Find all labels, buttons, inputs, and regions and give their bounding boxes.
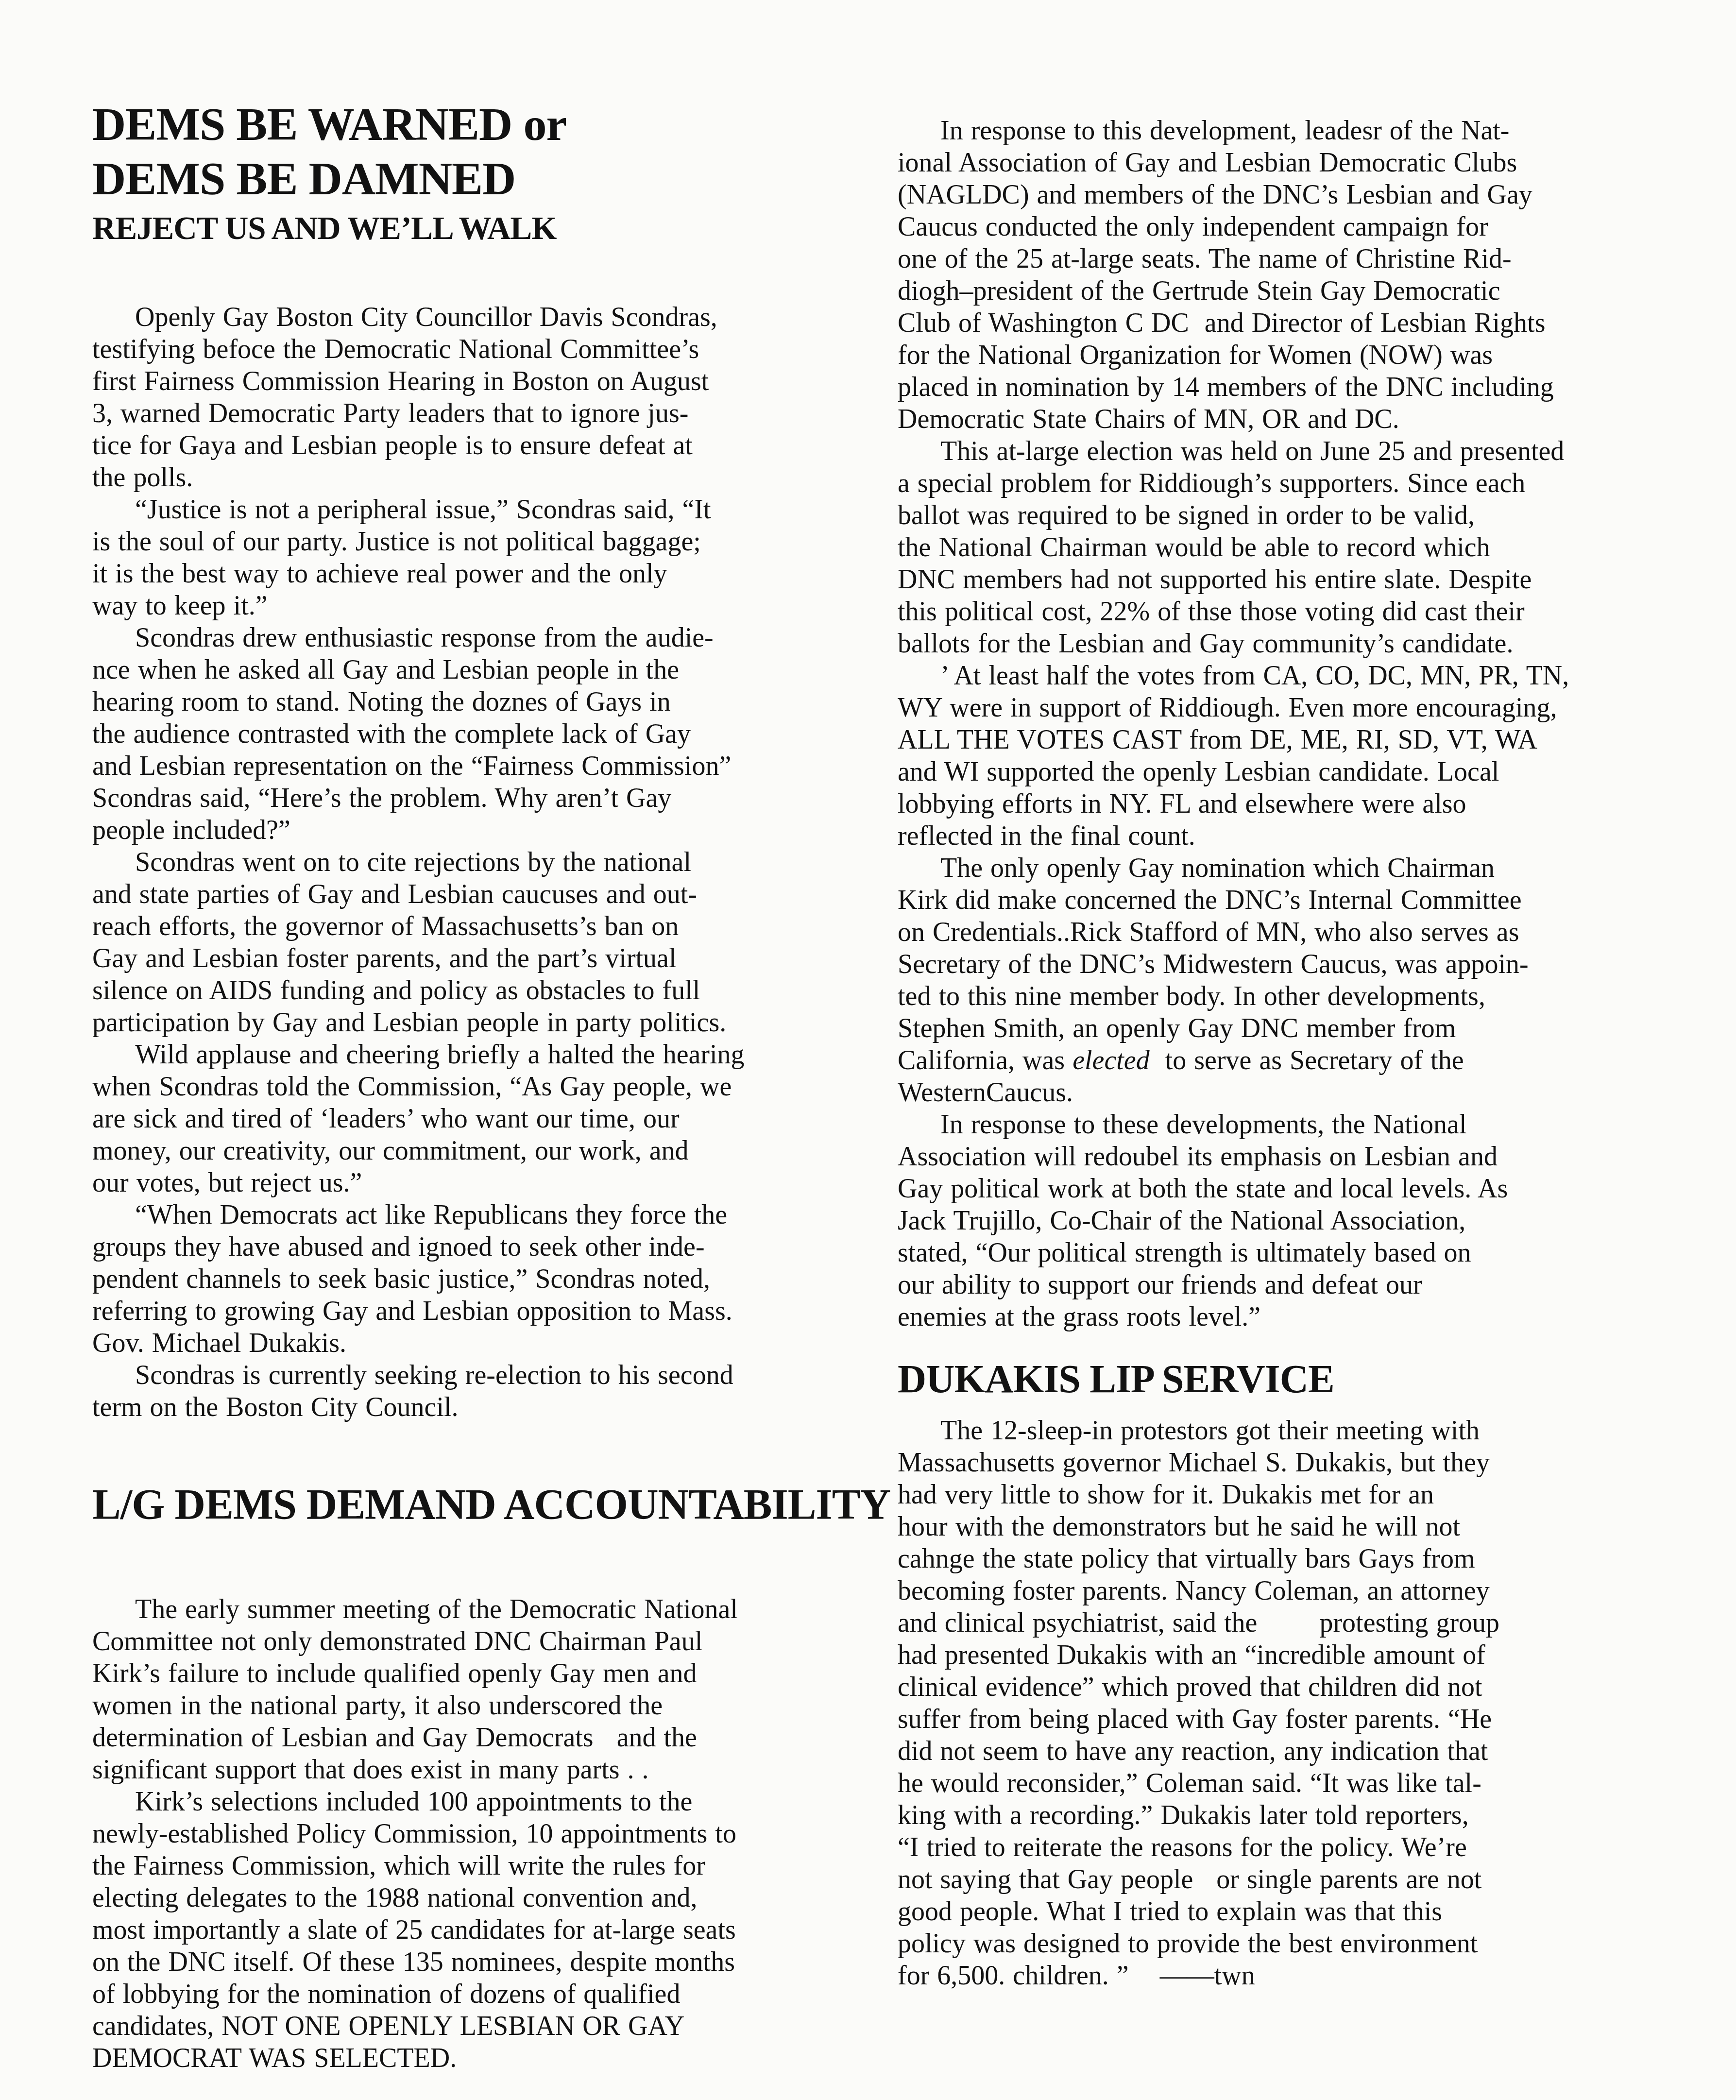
article4-headline: DUKAKIS LIP SERVICE <box>898 1357 1697 1401</box>
article1-paragraph-4: Scondras went on to cite rejections by t… <box>92 846 884 1039</box>
left-column: DEMS BE WARNED or DEMS BE DAMNED REJECT … <box>92 97 884 2074</box>
article3-paragraph-5: In response to these developments, the N… <box>898 1109 1697 1333</box>
article3-paragraph-3: ’ At least half the votes from CA, CO, D… <box>898 660 1697 852</box>
headline-line-1: DEMS BE WARNED or <box>92 97 884 152</box>
elected-italic-word: elected <box>1072 1045 1150 1076</box>
headline-subhead: REJECT US AND WE’LL WALK <box>92 210 884 247</box>
article3-paragraph-4: The only openly Gay nomination which Cha… <box>898 852 1697 1109</box>
article1-paragraph-3: Scondras drew enthusiastic response from… <box>92 622 884 846</box>
article2-headline: L/G DEMS DEMAND ACCOUNTABILITY <box>92 1482 884 1529</box>
article3-paragraph-4-start: The only openly Gay nomination which Cha… <box>898 853 1529 1076</box>
article2-paragraph-2: Kirk’s selections included 100 appointme… <box>92 1786 884 2074</box>
article1-paragraph-5: Wild applause and cheering briefly a hal… <box>92 1039 884 1199</box>
article1-paragraph-6: “When Democrats act like Republicans the… <box>92 1199 884 1359</box>
article4-paragraph: The 12-sleep-in protestors got their mee… <box>898 1415 1697 1992</box>
article2-paragraph-1: The early summer meeting of the Democrat… <box>92 1593 884 1786</box>
article1-paragraph-7: Scondras is currently seeking re-electio… <box>92 1359 884 1423</box>
article3-paragraph-2: This at-large election was held on June … <box>898 435 1697 660</box>
article1-paragraph-2: “Justice is not a peripheral issue,” Sco… <box>92 494 884 622</box>
headline-line-2: DEMS BE DAMNED <box>92 152 884 206</box>
right-column: In response to this development, leadesr… <box>898 97 1697 1992</box>
article1-paragraph-1: Openly Gay Boston City Councillor Davis … <box>92 301 884 494</box>
article1-headline: DEMS BE WARNED or DEMS BE DAMNED REJECT … <box>92 97 884 247</box>
newsletter-page: DEMS BE WARNED or DEMS BE DAMNED REJECT … <box>0 0 1736 2100</box>
article3-paragraph-1: In response to this development, leadesr… <box>898 115 1697 435</box>
